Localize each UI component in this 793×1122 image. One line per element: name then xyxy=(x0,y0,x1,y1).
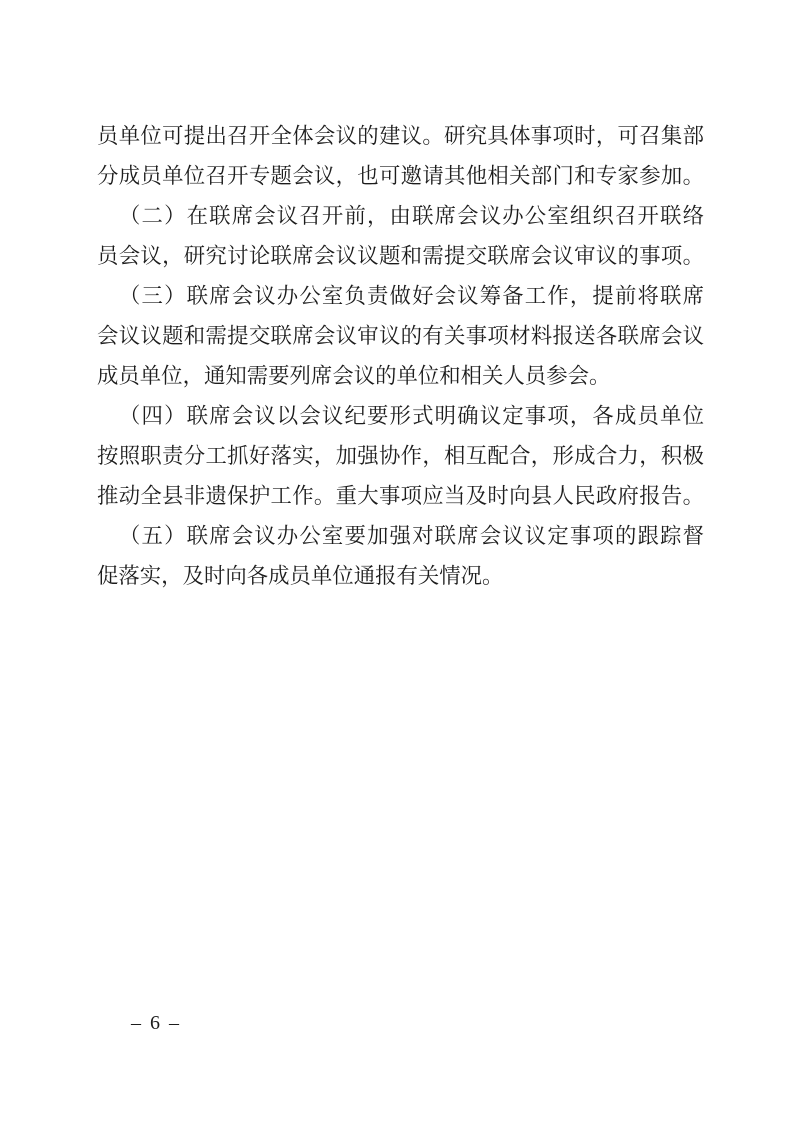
text-line-paragraph-4-start: （四）联席会议以会议纪要形式明确议定事项，各成员单位 xyxy=(97,396,704,436)
text-line: 分成员单位召开专题会议，也可邀请其他相关部门和专家参加。 xyxy=(97,156,704,196)
text-line: 员单位可提出召开全体会议的建议。研究具体事项时，可召集部 xyxy=(97,116,704,156)
text-line: 促落实，及时向各成员单位通报有关情况。 xyxy=(97,556,704,596)
text-line: 成员单位，通知需要列席会议的单位和相关人员参会。 xyxy=(97,356,704,396)
document-page: 员单位可提出召开全体会议的建议。研究具体事项时，可召集部 分成员单位召开专题会议… xyxy=(0,0,793,1122)
text-line: 会议议题和需提交联席会议审议的有关事项材料报送各联席会议 xyxy=(97,316,704,356)
text-line: 员会议，研究讨论联席会议议题和需提交联席会议审议的事项。 xyxy=(97,236,704,276)
text-line: 按照职责分工抓好落实，加强协作，相互配合，形成合力，积极 xyxy=(97,436,704,476)
text-line-paragraph-5-start: （五）联席会议办公室要加强对联席会议议定事项的跟踪督 xyxy=(97,516,704,556)
page-number: – 6 – xyxy=(131,1011,181,1035)
text-line-paragraph-2-start: （二）在联席会议召开前，由联席会议办公室组织召开联络 xyxy=(97,196,704,236)
document-body: 员单位可提出召开全体会议的建议。研究具体事项时，可召集部 分成员单位召开专题会议… xyxy=(97,116,704,596)
text-line: 推动全县非遗保护工作。重大事项应当及时向县人民政府报告。 xyxy=(97,476,704,516)
text-line-paragraph-3-start: （三）联席会议办公室负责做好会议筹备工作，提前将联席 xyxy=(97,276,704,316)
